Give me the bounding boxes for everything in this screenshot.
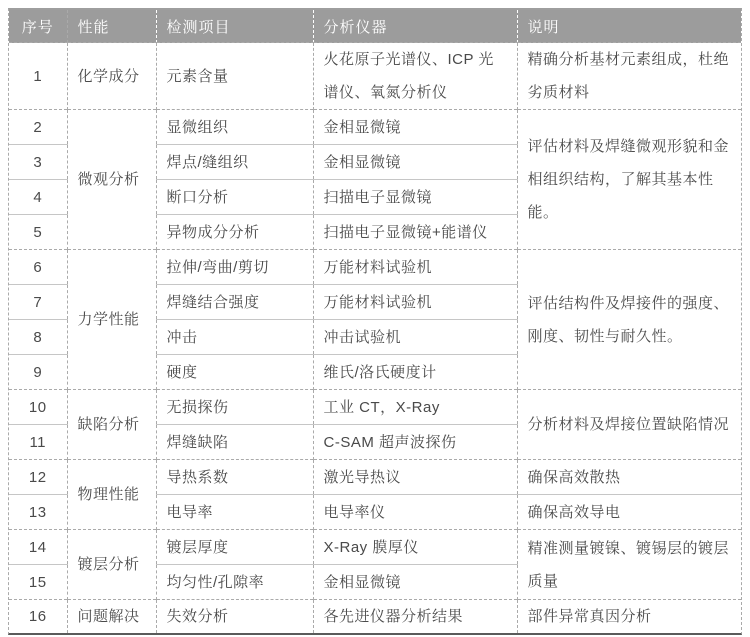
cell-performance: 缺陷分析 xyxy=(67,390,156,460)
cell-test-item: 失效分析 xyxy=(156,600,313,634)
cell-test-item: 镀层厚度 xyxy=(156,530,313,565)
cell-instrument: C-SAM 超声波探伤 xyxy=(313,425,517,460)
header-performance: 性能 xyxy=(67,10,156,43)
cell-row-number: 16 xyxy=(9,600,67,634)
cell-performance: 镀层分析 xyxy=(67,530,156,600)
header-test-item: 检测项目 xyxy=(156,10,313,43)
cell-test-item: 异物成分分析 xyxy=(156,215,313,250)
cell-row-number: 14 xyxy=(9,530,67,565)
header-description: 说明 xyxy=(517,10,741,43)
cell-instrument: 各先进仪器分析结果 xyxy=(313,600,517,634)
table-row: 2 微观分析 显微组织 金相显微镜 评估材料及焊缝微观形貌和金相组织结构，了解其… xyxy=(9,110,741,145)
page: { "colors": { "header_bg": "#9c9c9c", "h… xyxy=(0,0,750,637)
cell-performance: 微观分析 xyxy=(67,110,156,250)
cell-test-item: 导热系数 xyxy=(156,460,313,495)
header-instrument: 分析仪器 xyxy=(313,10,517,43)
table-row: 1 化学成分 元素含量 火花原子光谱仪、ICP 光谱仪、氧氮分析仪 精确分析基材… xyxy=(9,43,741,110)
cell-description: 部件异常真因分析 xyxy=(517,600,741,634)
cell-row-number: 15 xyxy=(9,565,67,600)
cell-performance: 问题解决 xyxy=(67,600,156,634)
cell-instrument: 火花原子光谱仪、ICP 光谱仪、氧氮分析仪 xyxy=(313,43,517,110)
cell-row-number: 10 xyxy=(9,390,67,425)
cell-test-item: 显微组织 xyxy=(156,110,313,145)
cell-instrument: 金相显微镜 xyxy=(313,565,517,600)
cell-row-number: 3 xyxy=(9,145,67,180)
cell-description: 精准测量镀镍、镀锡层的镀层质量 xyxy=(517,530,741,600)
cell-description: 评估结构件及焊接件的强度、刚度、韧性与耐久性。 xyxy=(517,250,741,390)
cell-row-number: 12 xyxy=(9,460,67,495)
cell-row-number: 13 xyxy=(9,495,67,530)
cell-instrument: 电导率仪 xyxy=(313,495,517,530)
inspection-capability-table-wrapper: 序号 性能 检测项目 分析仪器 说明 1 化学成分 元素含量 火花原子光谱仪、I… xyxy=(8,8,742,635)
table-row: 12 物理性能 导热系数 激光导热议 确保高效散热 xyxy=(9,460,741,495)
cell-row-number: 6 xyxy=(9,250,67,285)
cell-row-number: 2 xyxy=(9,110,67,145)
cell-test-item: 元素含量 xyxy=(156,43,313,110)
cell-instrument: 扫描电子显微镜 xyxy=(313,180,517,215)
cell-instrument: 万能材料试验机 xyxy=(313,285,517,320)
cell-description: 评估材料及焊缝微观形貌和金相组织结构，了解其基本性能。 xyxy=(517,110,741,250)
cell-instrument: 维氏/洛氏硬度计 xyxy=(313,355,517,390)
cell-test-item: 焊缝缺陷 xyxy=(156,425,313,460)
cell-test-item: 断口分析 xyxy=(156,180,313,215)
cell-row-number: 8 xyxy=(9,320,67,355)
cell-instrument: X-Ray 膜厚仪 xyxy=(313,530,517,565)
cell-instrument: 金相显微镜 xyxy=(313,145,517,180)
cell-description: 确保高效散热 xyxy=(517,460,741,495)
cell-performance: 物理性能 xyxy=(67,460,156,530)
table-row: 6 力学性能 拉伸/弯曲/剪切 万能材料试验机 评估结构件及焊接件的强度、刚度、… xyxy=(9,250,741,285)
cell-test-item: 硬度 xyxy=(156,355,313,390)
cell-instrument: 万能材料试验机 xyxy=(313,250,517,285)
cell-row-number: 9 xyxy=(9,355,67,390)
cell-instrument: 工业 CT，X-Ray xyxy=(313,390,517,425)
cell-performance: 力学性能 xyxy=(67,250,156,390)
cell-test-item: 均匀性/孔隙率 xyxy=(156,565,313,600)
cell-row-number: 5 xyxy=(9,215,67,250)
cell-description: 确保高效导电 xyxy=(517,495,741,530)
cell-row-number: 1 xyxy=(9,43,67,110)
header-row: 序号 性能 检测项目 分析仪器 说明 xyxy=(9,10,741,43)
cell-test-item: 电导率 xyxy=(156,495,313,530)
cell-description: 分析材料及焊接位置缺陷情况 xyxy=(517,390,741,460)
cell-test-item: 无损探伤 xyxy=(156,390,313,425)
cell-instrument: 激光导热议 xyxy=(313,460,517,495)
cell-row-number: 4 xyxy=(9,180,67,215)
header-serial-number: 序号 xyxy=(9,10,67,43)
cell-description: 精确分析基材元素组成，杜绝劣质材料 xyxy=(517,43,741,110)
cell-test-item: 拉伸/弯曲/剪切 xyxy=(156,250,313,285)
cell-instrument: 冲击试验机 xyxy=(313,320,517,355)
cell-instrument: 扫描电子显微镜+能谱仪 xyxy=(313,215,517,250)
table-row: 10 缺陷分析 无损探伤 工业 CT，X-Ray 分析材料及焊接位置缺陷情况 xyxy=(9,390,741,425)
cell-row-number: 11 xyxy=(9,425,67,460)
inspection-capability-table: 序号 性能 检测项目 分析仪器 说明 1 化学成分 元素含量 火花原子光谱仪、I… xyxy=(9,10,741,633)
table-row: 14 镀层分析 镀层厚度 X-Ray 膜厚仪 精准测量镀镍、镀锡层的镀层质量 xyxy=(9,530,741,565)
cell-test-item: 焊点/缝组织 xyxy=(156,145,313,180)
table-row: 16 问题解决 失效分析 各先进仪器分析结果 部件异常真因分析 xyxy=(9,600,741,634)
cell-row-number: 7 xyxy=(9,285,67,320)
cell-instrument: 金相显微镜 xyxy=(313,110,517,145)
cell-performance: 化学成分 xyxy=(67,43,156,110)
cell-test-item: 冲击 xyxy=(156,320,313,355)
cell-test-item: 焊缝结合强度 xyxy=(156,285,313,320)
